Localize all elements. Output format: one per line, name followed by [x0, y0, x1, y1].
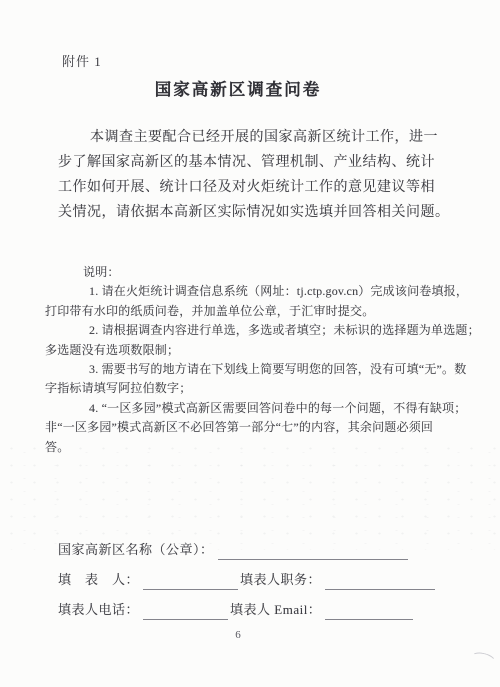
notes-section: 说明： 1. 请在火炬统计调查信息系统（网址：tj.ctp.gov.cn）完成该…	[45, 263, 490, 457]
contact-form: 国家高新区名称（公章）： 填 表 人： 填表人职务： 填表人电话： 填表人 Em…	[58, 538, 458, 628]
note-item-3: 3. 需要书写的地方请在下划线上简要写明您的回答，没有可填“无”。数 字指标请填…	[45, 360, 490, 399]
intro-paragraph: 本调查主要配合已经开展的国家高新区统计工作，进一 步了解国家高新区的基本情况、管…	[58, 125, 458, 225]
attachment-label: 附件 1	[62, 51, 102, 70]
note-item-2: 2. 请根据调查内容进行单选，多选或者填空；未标识的选择题为单选题； 多选题没有…	[45, 321, 490, 360]
note-item-4: 4. “一区多园”模式高新区需要回答问卷中的每一个问题，不得有缺项； 非“一区多…	[45, 399, 490, 457]
page-number: 6	[0, 629, 476, 641]
notes-heading: 说明：	[45, 263, 490, 282]
preparer-label: 填 表 人：	[58, 569, 139, 590]
email-field-line	[325, 601, 413, 620]
position-field-line	[325, 571, 435, 590]
page-title: 国家高新区调查问卷	[0, 76, 476, 100]
phone-label: 填表人电话：	[58, 599, 139, 620]
zone-name-field-line	[218, 541, 408, 560]
form-row-preparer: 填 表 人： 填表人职务：	[58, 568, 458, 590]
scan-artifact-mark	[469, 650, 498, 670]
document-page: 附件 1 国家高新区调查问卷 本调查主要配合已经开展的国家高新区统计工作，进一 …	[0, 0, 500, 687]
form-row-zone-name: 国家高新区名称（公章）：	[58, 538, 458, 560]
form-row-contact: 填表人电话： 填表人 Email：	[58, 598, 458, 620]
preparer-field-line	[143, 571, 238, 590]
email-label: 填表人 Email：	[230, 599, 321, 620]
phone-field-line	[143, 601, 228, 620]
zone-name-label: 国家高新区名称（公章）：	[58, 539, 214, 560]
note-item-1: 1. 请在火炬统计调查信息系统（网址：tj.ctp.gov.cn）完成该问卷填报…	[45, 282, 490, 321]
position-label: 填表人职务：	[240, 569, 321, 590]
